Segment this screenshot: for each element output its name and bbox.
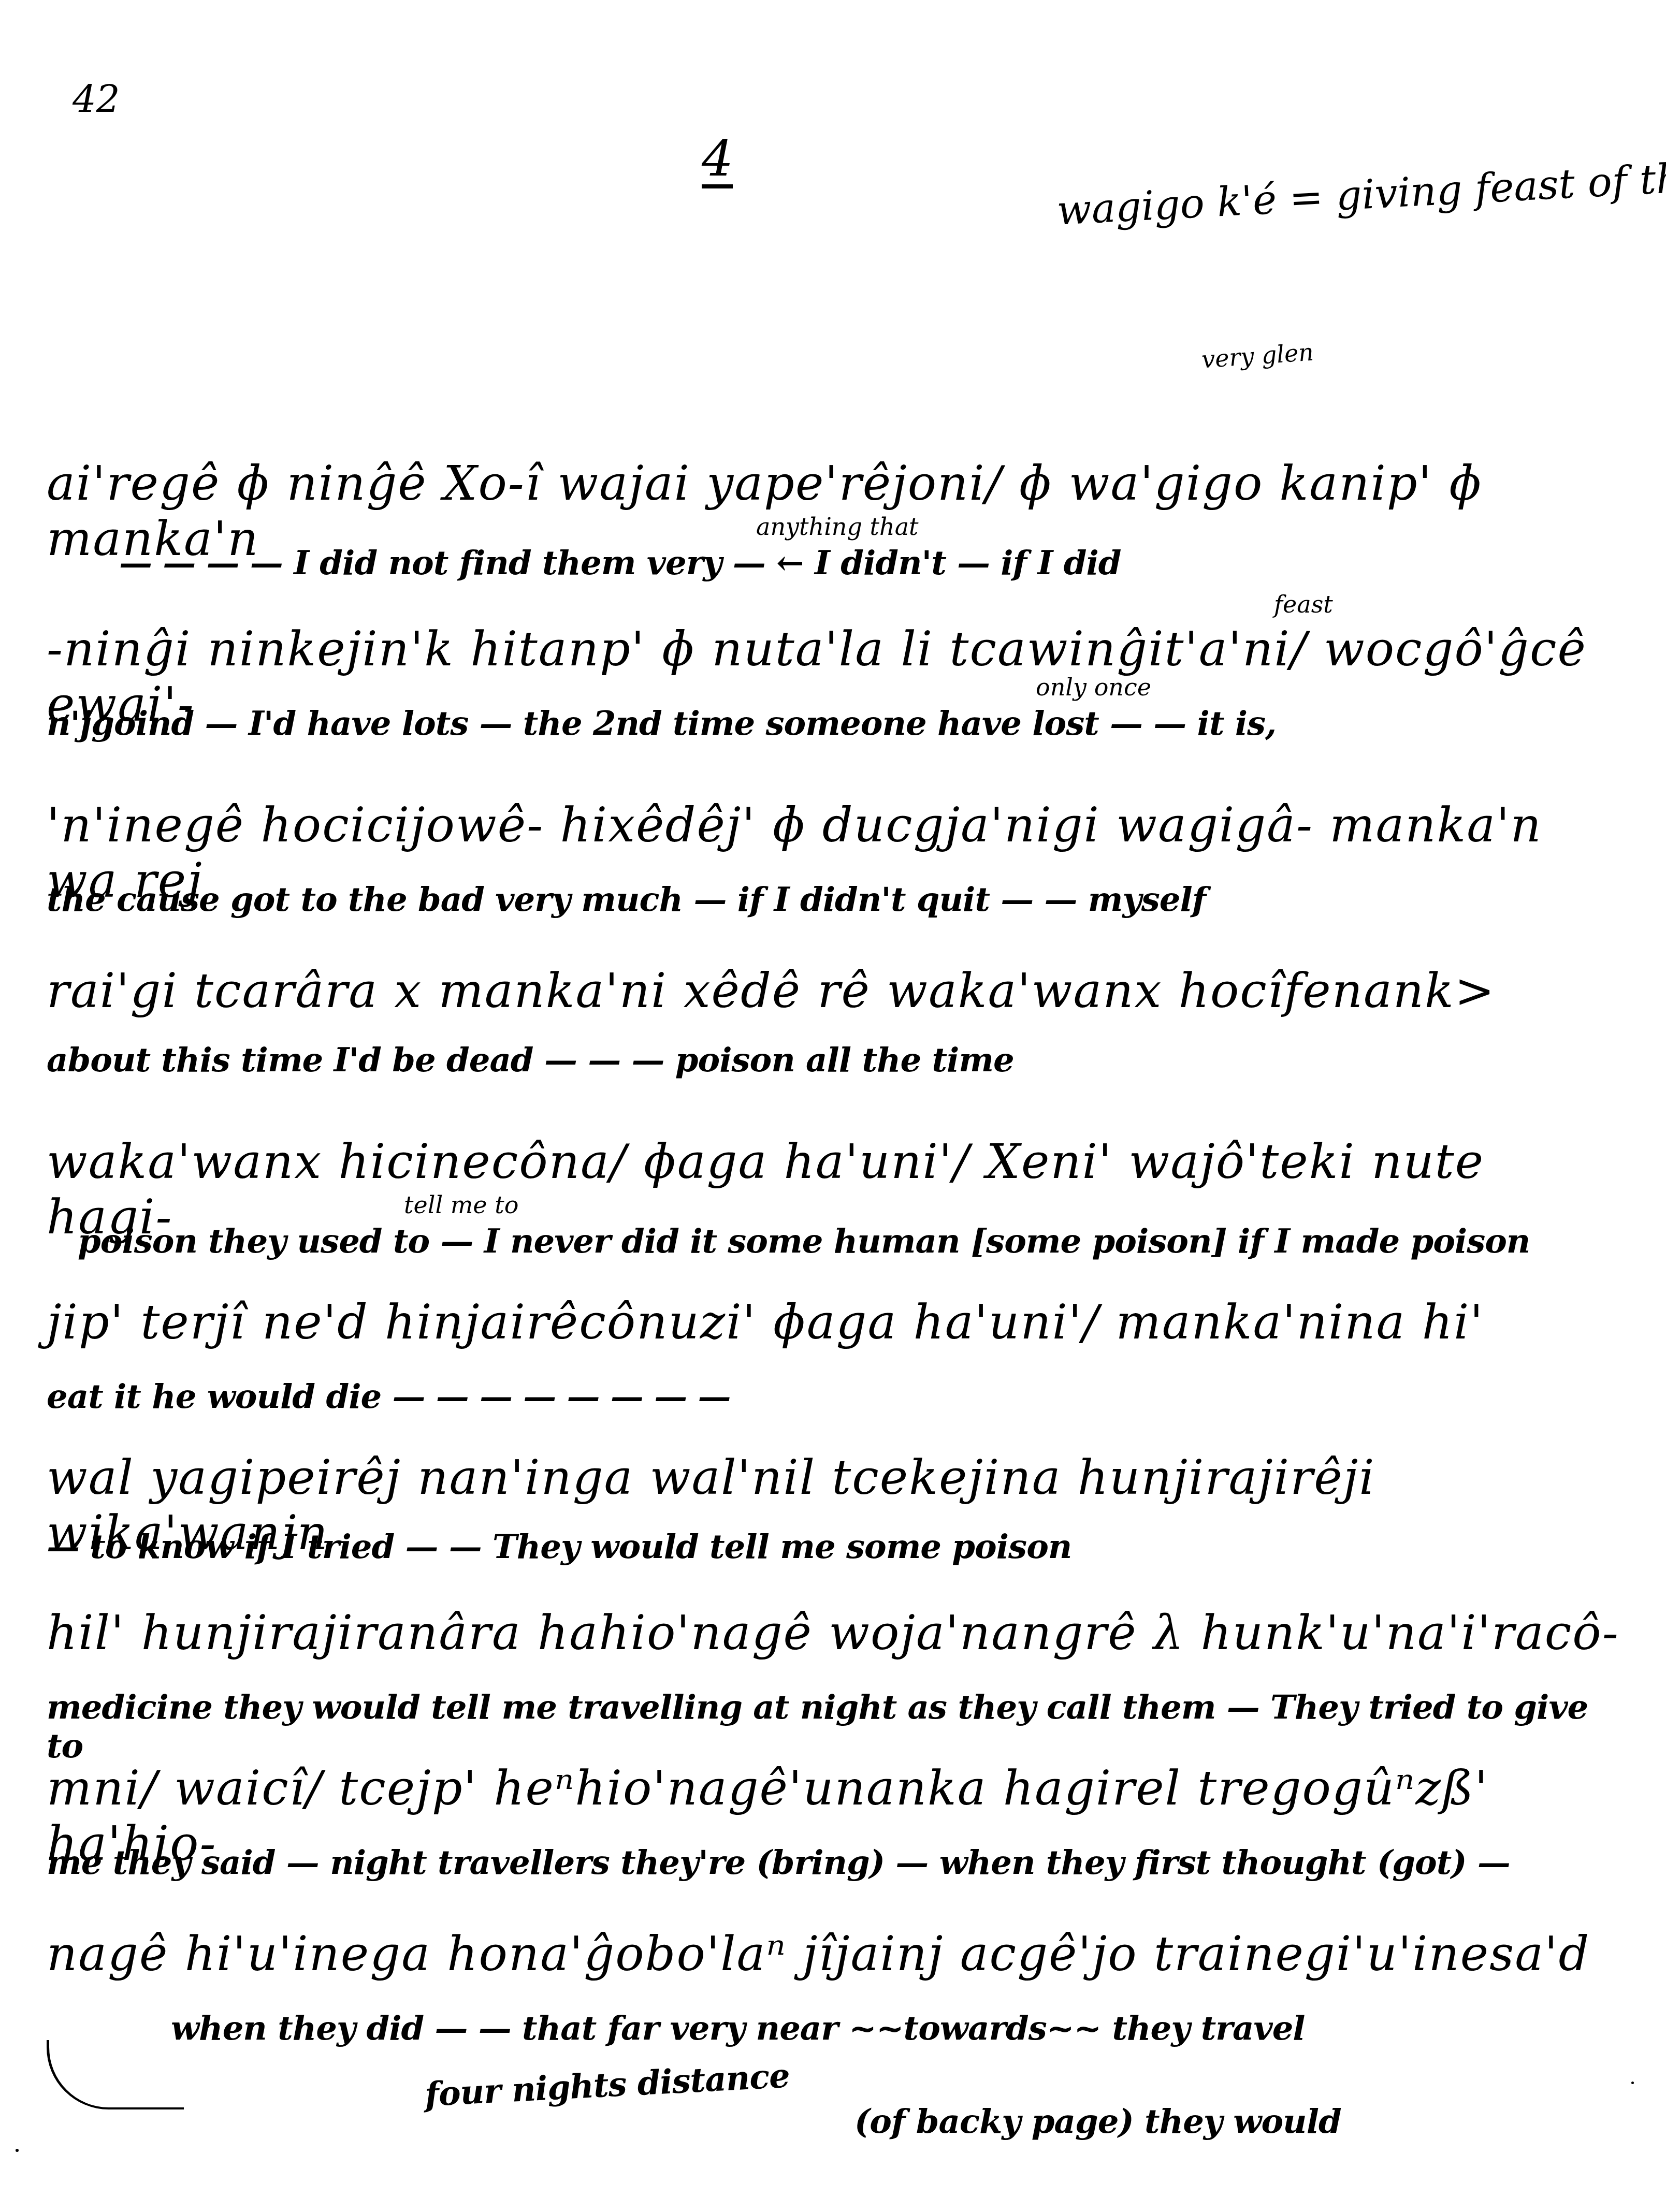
gloss-line-3: the cause got to the bad very much — if … bbox=[47, 880, 1621, 919]
bracket-mark bbox=[47, 2040, 184, 2109]
page-number-text: 4 bbox=[702, 129, 733, 187]
scan-speck bbox=[1631, 2082, 1634, 2084]
native-line-4: rai'gi tcarâra x manka'ni xêdê rê waka'w… bbox=[47, 963, 1621, 1018]
margin-note-top: very glen bbox=[1200, 338, 1314, 374]
gloss-line-2: n'jgoind — I'd have lots — the 2nd time … bbox=[47, 704, 1621, 743]
gloss-note-backy-page: (of backy page) they would bbox=[854, 2102, 1341, 2141]
scan-speck bbox=[16, 2149, 19, 2152]
gloss-line-10: when they did — — that far very near ~~t… bbox=[171, 2009, 1666, 2048]
interlinear-note-feast: feast bbox=[1274, 590, 1333, 618]
interlinear-note-anything: anything that bbox=[756, 513, 919, 541]
gloss-note-four-nights: four nights distance bbox=[424, 2057, 791, 2115]
corner-page-number: 42 bbox=[73, 78, 120, 121]
manuscript-page: 42 4 wagigo k'é = giving feast of the ve… bbox=[0, 0, 1666, 2212]
gloss-line-5: poison they used to — I never did it som… bbox=[78, 1222, 1652, 1261]
gloss-line-7: — to know if I tried — — They would tell… bbox=[47, 1527, 1621, 1566]
native-line-8: hil' hunjirajiranâra hahio'nagê woja'nan… bbox=[47, 1605, 1621, 1661]
native-line-10: nagê hi'u'inega hona'ĝobo'laⁿ jîjainj ac… bbox=[47, 1926, 1621, 1982]
interlinear-note-only-once: only once bbox=[1036, 673, 1151, 701]
gloss-line-9: me they said — night travellers they're … bbox=[47, 1843, 1621, 1882]
header-note: wagigo k'é = giving feast of the bbox=[1056, 154, 1666, 235]
interlinear-note-tell-me-to: tell me to bbox=[404, 1191, 518, 1219]
gloss-line-1: — — — — I did not find them very — ← I d… bbox=[119, 544, 1666, 583]
page-number: 4 bbox=[702, 129, 733, 188]
gloss-line-8: medicine they would tell me travelling a… bbox=[47, 1688, 1621, 1766]
gloss-line-4: about this time I'd be dead — — — poison… bbox=[47, 1041, 1621, 1080]
gloss-line-6: eat it he would die — — — — — — — — bbox=[47, 1377, 1621, 1416]
native-line-6: jip' terjî ne'd hinjairêcônuzi' ɸaga ha'… bbox=[47, 1294, 1621, 1350]
